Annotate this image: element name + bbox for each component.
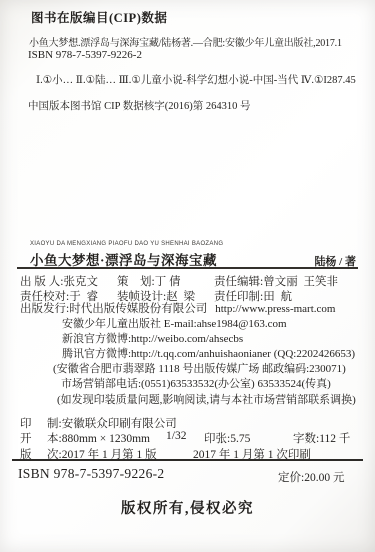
credit-value: 张克文 — [63, 276, 98, 288]
cip-registration-line: 中国版本图书馆 CIP 数据核字(2016)第 264310 号 — [28, 98, 250, 113]
title-row: 小鱼大梦想·漂浮岛与深海宝藏 陆杨 / 著 — [30, 249, 356, 269]
cip-header: 图书在版编目(CIP)数据 — [31, 8, 167, 26]
credit-editor: 责任编辑:曾文丽 王笑非 — [214, 273, 338, 289]
cip-catalog-line: 小鱼大梦想.漂浮岛与深海宝藏/陆杨著.—合肥:安徽少年儿童出版社,2017.1 — [29, 34, 342, 49]
publisher-row: 出版发行:时代出版传媒股份有限公司http://www.press-mart.c… — [20, 300, 335, 316]
credit-value: 曾文丽 王笑非 — [263, 276, 338, 288]
book-copyright-page: 图书在版编目(CIP)数据 小鱼大梦想.漂浮岛与深海宝藏/陆杨著.—合肥:安徽少… — [0, 0, 375, 552]
credit-label: 责任编辑: — [214, 276, 263, 288]
publisher-company: 时代出版传媒股份有限公司 — [69, 303, 207, 315]
colophon-value: 制:安徽联众印刷有限公司 — [47, 415, 177, 431]
title-divider-rule — [17, 267, 358, 269]
book-title-pinyin: XIAOYU DA MENGXIANG PIAOFU DAO YU SHENHA… — [30, 241, 223, 247]
print-sheets: 印张:5.75 — [204, 430, 250, 446]
credit-label: 策 划: — [117, 276, 155, 288]
publisher-label: 出版发行: — [20, 303, 69, 315]
footer-divider-rule — [12, 459, 363, 461]
credit-planner: 策 划:丁 倩 — [117, 273, 181, 289]
book-title: 小鱼大梦想·漂浮岛与深海宝藏 — [30, 249, 217, 269]
publisher-address-line: (安徽省合肥市翡翠路 1118 号出版传媒广场 邮政编码:230071) — [53, 360, 346, 376]
credit-publisher-person: 出 版 人:张克文 — [20, 273, 98, 289]
colophon-label: 开 — [20, 430, 32, 446]
footer-price: 定价:20.00 元 — [278, 469, 344, 485]
footer-isbn: ISBN 978-7-5397-9226-2 — [18, 466, 164, 482]
format-fraction: 1/32 — [166, 430, 186, 442]
publisher-sina-weibo-line: 新浪官方微博:http://weibo.com/ahsecbs — [62, 330, 243, 346]
cip-classification-line: Ⅰ.①小… Ⅱ.①陆… Ⅲ.①儿童小说-科学幻想小说-中国-当代 Ⅳ.①I287… — [36, 72, 356, 87]
credit-label: 出 版 人: — [20, 276, 63, 288]
colophon-value: 本:880mm × 1230mm — [47, 430, 150, 446]
publisher-quality-note-line: (如发现印装质量问题,影响阅读,请与本社市场营销部联系调换) — [57, 391, 356, 407]
colophon-label: 印 — [20, 415, 32, 431]
copyright-notice: 版权所有,侵权必究 — [0, 497, 375, 518]
publisher-tencent-weibo-line: 腾讯官方微博:http://t.qq.com/anhuishaonianer (… — [62, 345, 355, 361]
publisher-phone-line: 市场营销部电话:(0551)63533532(办公室) 63533524(传真) — [61, 375, 331, 391]
word-count: 字数:112 千 — [293, 430, 350, 446]
credit-value: 丁 倩 — [155, 276, 181, 288]
cip-isbn-line: ISBN 978-7-5397-9226-2 — [28, 49, 142, 61]
publisher-url: http://www.press-mart.com — [215, 303, 335, 315]
publisher-imprint-line: 安徽少年儿童出版社 E-mail:ahse1984@163.com — [62, 315, 287, 331]
